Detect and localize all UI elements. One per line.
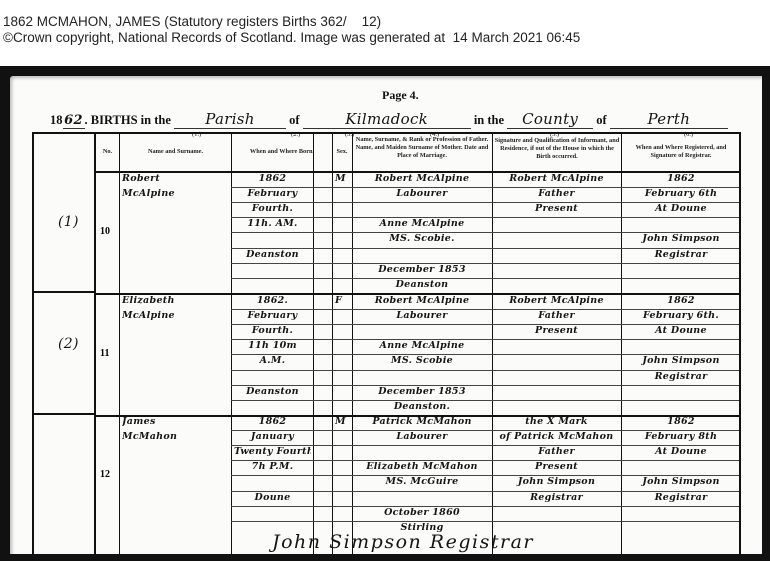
parents-line: Patrick McMahon	[354, 416, 490, 427]
born-line: Twenty Fourth	[234, 446, 311, 457]
district-type: Parish	[174, 110, 286, 129]
parents-line: December 1853	[354, 264, 490, 275]
county-type: County	[507, 110, 593, 129]
parents-line: Deanston	[354, 279, 490, 290]
registered-line: John Simpson	[623, 355, 739, 366]
registered-line: Registrar	[623, 249, 739, 260]
informant-line: Father	[494, 188, 619, 199]
margin-note: (2)	[58, 336, 79, 352]
births-in-the: . BIRTHS in the	[85, 113, 171, 127]
year-prefix: 18	[50, 113, 63, 127]
parents-line: Deanston.	[354, 401, 490, 412]
informant-line: Robert McAlpine	[494, 173, 619, 184]
born-line: A.M.	[234, 355, 311, 366]
informant-line: John Simpson	[494, 476, 619, 487]
header-registered: When and Where Registered, and Signature…	[623, 144, 739, 160]
registered-line: February 6th.	[623, 310, 739, 321]
informant-line: Father	[494, 446, 619, 457]
registered-line: 1862	[623, 173, 739, 184]
footer-registrar-signature: John Simpson Registrar	[272, 531, 534, 553]
informant-line: Registrar	[494, 492, 619, 503]
registered-line: At Doune	[623, 203, 739, 214]
header-informant: Signature and Qualification of Informant…	[494, 137, 620, 161]
entry-number: 12	[100, 469, 110, 480]
born-line: Fourth.	[234, 325, 311, 336]
of-label-1: of	[289, 113, 299, 127]
parents-line: MS. Scobie.	[354, 233, 490, 244]
informant-line: Father	[494, 310, 619, 321]
registered-line: Registrar	[623, 371, 739, 382]
born-line: 1862	[234, 173, 311, 184]
born-line: February	[234, 188, 311, 199]
of-label-2: of	[596, 113, 606, 127]
born-line: Doune	[234, 492, 311, 503]
sex-value: F	[335, 295, 342, 306]
parents-line: Robert McAlpine	[354, 173, 490, 184]
page-label: Page 4.	[382, 88, 419, 103]
col-divider	[492, 134, 493, 558]
parish-name: Kilmadock	[303, 110, 471, 129]
born-line: January	[234, 431, 311, 442]
sex-value: M	[335, 173, 346, 184]
parents-line: October 1860	[354, 507, 490, 518]
name-line: McAlpine	[122, 310, 228, 321]
in-the-label: in the	[474, 113, 504, 127]
col-divider	[352, 134, 353, 558]
parents-line: Elizabeth McMahon	[354, 461, 490, 472]
informant-line: the X Mark	[494, 416, 619, 427]
col-divider	[621, 134, 622, 558]
copyright-notice: ©Crown copyright, National Records of Sc…	[3, 30, 580, 46]
born-line: 1862	[234, 416, 311, 427]
parents-line: Labourer	[354, 431, 490, 442]
county-name: Perth	[610, 110, 728, 129]
parents-line: Labourer	[354, 310, 490, 321]
informant-line: Present	[494, 325, 619, 336]
registered-line: February 8th	[623, 431, 739, 442]
register-table: No. Name and Surname. When and Where Bor…	[94, 132, 741, 560]
register-heading: 1862. BIRTHS in the Parish of Kilmadock …	[50, 110, 728, 129]
informant-line: Present	[494, 461, 619, 472]
born-line: Deanston	[234, 249, 311, 260]
registered-line: At Doune	[623, 325, 739, 336]
col-divider	[313, 134, 314, 558]
born-line: Deanston	[234, 386, 311, 397]
name-line: Robert	[122, 173, 228, 184]
margin-note: (1)	[58, 214, 79, 230]
col-divider	[332, 134, 333, 558]
born-line: 11h 10m	[234, 340, 311, 351]
header-parents: Name, Surname, & Rank or Profession of F…	[354, 136, 490, 160]
col-divider	[231, 134, 232, 558]
register-scan: Page 4. 1862. BIRTHS in the Parish of Ki…	[0, 66, 770, 561]
record-title: 1862 MCMAHON, JAMES (Statutory registers…	[3, 14, 381, 30]
parents-line: Labourer	[354, 188, 490, 199]
born-line: 11h. AM.	[234, 218, 311, 229]
registered-line: Registrar	[623, 492, 739, 503]
parents-line: December 1853	[354, 386, 490, 397]
name-line: McMahon	[122, 431, 228, 442]
name-line: James	[122, 416, 228, 427]
col-divider	[119, 134, 120, 558]
sex-value: M	[335, 416, 346, 427]
parents-line: Robert McAlpine	[354, 295, 490, 306]
informant-line: of Patrick McMahon	[494, 431, 619, 442]
informant-line: Present	[494, 203, 619, 214]
header-name: Name and Surname.	[120, 148, 231, 156]
registered-line: February 6th	[623, 188, 739, 199]
registered-line: John Simpson	[623, 233, 739, 244]
parents-line: MS. Scobie	[354, 355, 490, 366]
name-line: Elizabeth	[122, 295, 228, 306]
year-suffix: 62	[63, 113, 85, 129]
parents-line: Anne McAlpine	[354, 218, 490, 229]
margin-divider	[32, 291, 94, 293]
name-line: McAlpine	[122, 188, 228, 199]
header-no: No.	[96, 148, 119, 156]
born-line: 1862.	[234, 295, 311, 306]
registered-line: John Simpson	[623, 476, 739, 487]
parents-line: Anne McAlpine	[354, 340, 490, 351]
registered-line: 1862	[623, 295, 739, 306]
header-sex: Sex.	[332, 148, 352, 156]
born-line: Fourth.	[234, 203, 311, 214]
header-born: When and Where Born.	[232, 148, 332, 156]
register-page: Page 4. 1862. BIRTHS in the Parish of Ki…	[10, 76, 762, 554]
parents-line: MS. McGuire	[354, 476, 490, 487]
born-line: February	[234, 310, 311, 321]
born-line: 7h P.M.	[234, 461, 311, 472]
informant-line: Robert McAlpine	[494, 295, 619, 306]
entry-number: 11	[100, 348, 109, 359]
registered-line: 1862	[623, 416, 739, 427]
margin-divider	[32, 413, 94, 415]
entry-number: 10	[100, 226, 110, 237]
registered-line: At Doune	[623, 446, 739, 457]
